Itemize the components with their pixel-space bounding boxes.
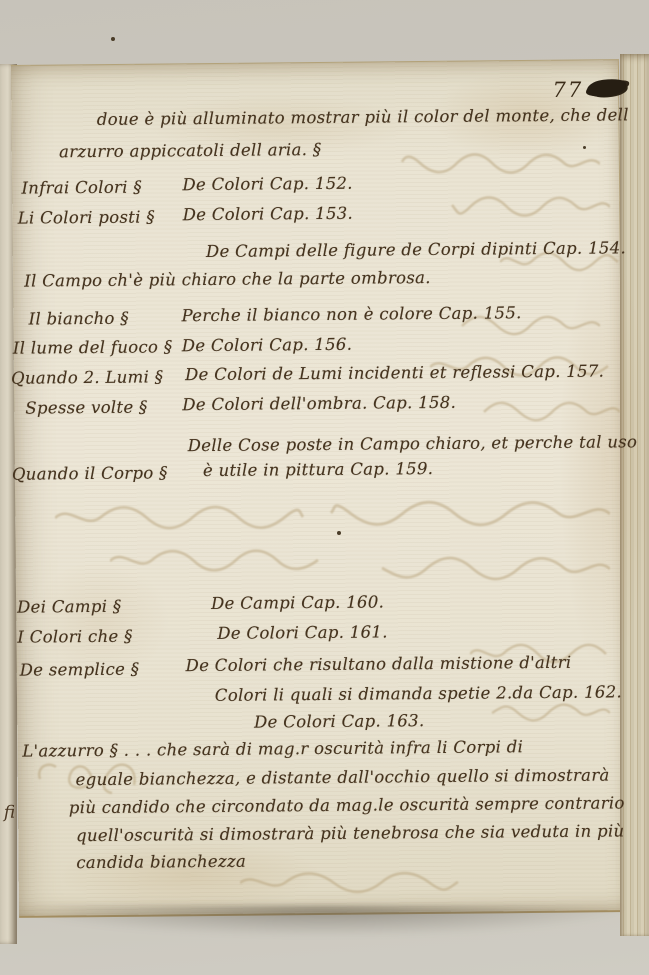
text-line: De Colori che risultano dalla mistione d…: [186, 653, 572, 675]
text-line: Il lume del fuoco §: [13, 337, 173, 357]
text-line: Il Campo ch'è più chiaro che la parte om…: [24, 268, 431, 291]
text-line: Colori li quali si dimanda spetie 2.da C…: [215, 682, 622, 705]
text-line: Delle Cose poste in Campo chiaro, et per…: [188, 432, 638, 455]
handwriting-layer: 77 doue è più alluminato mostrar più il …: [0, 0, 649, 975]
text-line: Dei Campi §: [17, 597, 121, 617]
text-line: I Colori che §: [17, 627, 132, 647]
text-line: Infrai Colori §: [21, 178, 142, 198]
text-line: De Colori dell'ombra. Cap. 158.: [182, 393, 456, 414]
text-line: quell'oscurità si dimostrarà più tenebro…: [76, 821, 624, 845]
text-line: Quando il Corpo §: [12, 463, 168, 483]
text-line: De Campi delle figure de Corpi dipinti C…: [206, 238, 626, 261]
text-line: De Colori Cap. 153.: [183, 204, 354, 224]
text-line: L'azzurro § . . . che sarà di mag.r oscu…: [22, 737, 523, 760]
text-line: De Colori de Lumi incidenti et reflessi …: [185, 362, 604, 385]
text-line: Li Colori posti §: [18, 207, 155, 227]
text-line: De Colori Cap. 152.: [182, 174, 353, 194]
folio-number: 77: [553, 78, 584, 102]
text-line: Spesse volte §: [25, 398, 147, 418]
manuscript-photo: 77 doue è più alluminato mostrar più il …: [0, 0, 649, 975]
text-line: Perche il bianco non è colore Cap. 155.: [181, 303, 521, 325]
text-line: De Colori Cap. 163.: [254, 711, 425, 731]
text-line: arzurro appiccatoli dell aria. §: [59, 140, 321, 161]
text-line: De semplice §: [20, 660, 140, 680]
text-line: più candido che circondato da mag.le osc…: [69, 793, 625, 817]
text-line: De Colori Cap. 161.: [217, 622, 388, 642]
text-line: Il biancho §: [29, 309, 129, 329]
text-line: eguale bianchezza, e distante dall'occhi…: [76, 765, 610, 789]
crossed-out-folio-blot: [586, 77, 628, 99]
text-line: candida bianchezza: [76, 852, 246, 872]
text-line: De Campi Cap. 160.: [211, 592, 384, 613]
margin-note: fi: [4, 803, 16, 823]
text-line: De Colori Cap. 156.: [182, 335, 353, 355]
text-line: è utile in pittura Cap. 159.: [203, 459, 433, 480]
text-line: doue è più alluminato mostrar più il col…: [97, 105, 629, 129]
text-line: Quando 2. Lumi §: [11, 367, 163, 387]
